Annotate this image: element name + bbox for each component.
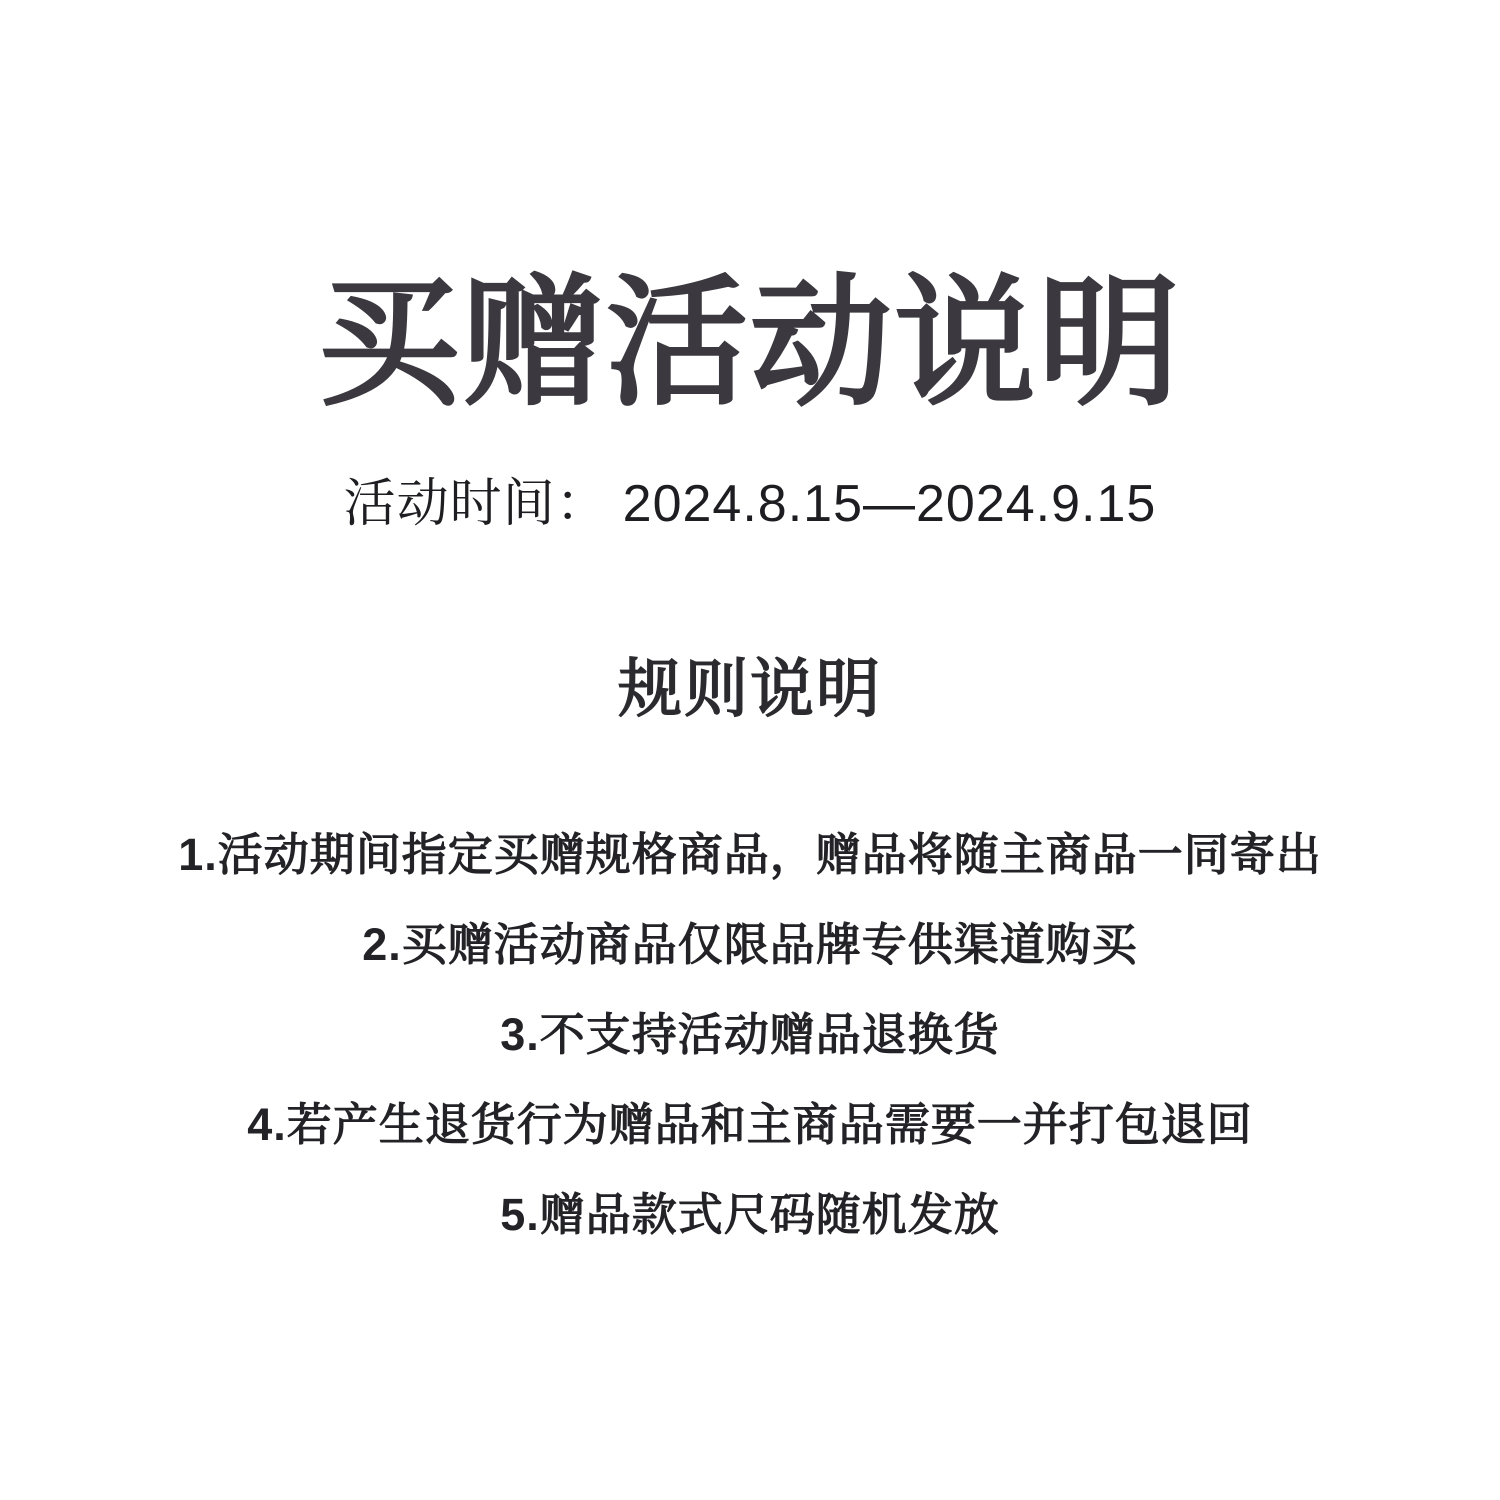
promo-page: 买赠活动说明 活动时间：2024.8.15—2024.9.15 规则说明 1.活…	[0, 0, 1500, 1500]
rule-item-3: 3.不支持活动赠品退换货	[0, 1012, 1500, 1057]
activity-period-label: 活动时间：	[344, 475, 609, 533]
rule-item-5: 5.赠品款式尺码随机发放	[0, 1192, 1500, 1237]
activity-period: 活动时间：2024.8.15—2024.9.15	[0, 473, 1500, 535]
activity-period-value: 2024.8.15—2024.9.15	[623, 475, 1157, 533]
rule-item-1: 1.活动期间指定买赠规格商品，赠品将随主商品一同寄出	[0, 832, 1500, 877]
rule-item-4: 4.若产生退货行为赠品和主商品需要一并打包退回	[0, 1102, 1500, 1147]
rules-list: 1.活动期间指定买赠规格商品，赠品将随主商品一同寄出 2.买赠活动商品仅限品牌专…	[0, 832, 1500, 1237]
rule-item-2: 2.买赠活动商品仅限品牌专供渠道购买	[0, 922, 1500, 967]
rules-heading: 规则说明	[0, 654, 1500, 724]
page-title: 买赠活动说明	[0, 0, 1500, 425]
